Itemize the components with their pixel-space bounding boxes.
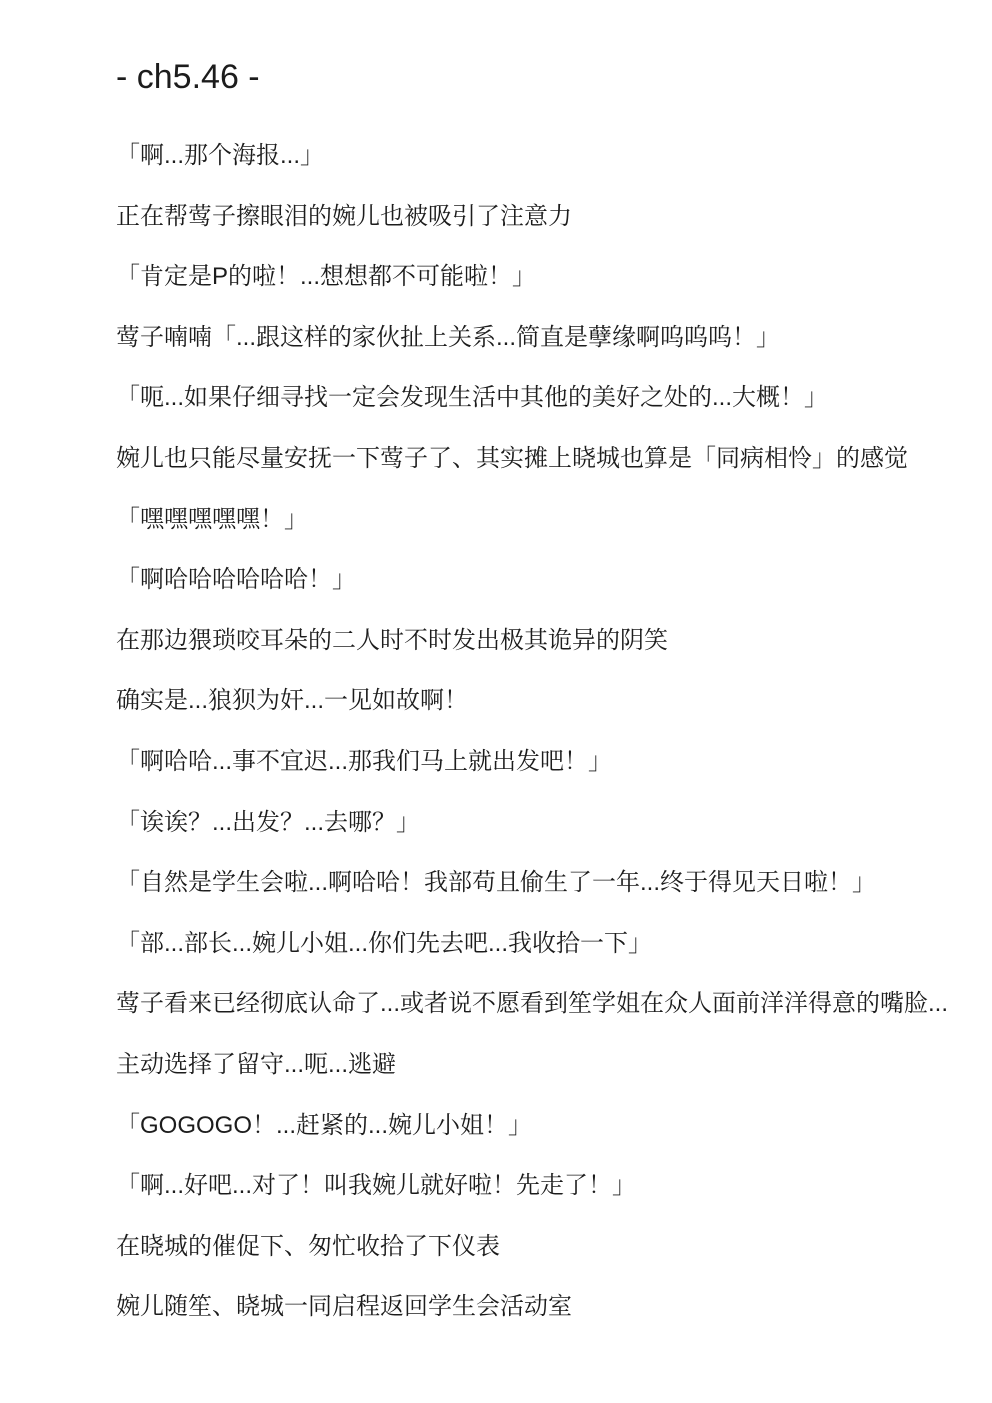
story-line: 「GOGOGO！...赶紧的...婉儿小姐！」: [116, 1113, 982, 1174]
story-line: 在晓城的催促下、匆忙收拾了下仪表: [116, 1234, 982, 1295]
story-line: 「诶诶？...出发？...去哪？」: [116, 810, 982, 871]
story-line: 婉儿随笙、晓城一同启程返回学生会活动室: [116, 1294, 982, 1355]
chapter-title: - ch5.46 -: [116, 57, 260, 97]
story-line: 「啊...那个海报...」: [116, 143, 982, 204]
story-line: 「啊哈哈...事不宜迟...那我们马上就出发吧！」: [116, 749, 982, 810]
story-line: 确实是...狼狈为奸...一见如故啊！: [116, 688, 982, 749]
story-line: 「呃...如果仔细寻找一定会发现生活中其他的美好之处的...大概！」: [116, 385, 982, 446]
story-line: 莺子喃喃「...跟这样的家伙扯上关系...简直是孽缘啊呜呜呜！」: [116, 325, 982, 386]
story-line: 「啊哈哈哈哈哈哈！」: [116, 567, 982, 628]
story-line: 「啊...好吧...对了！叫我婉儿就好啦！先走了！」: [116, 1173, 982, 1234]
story-text: 「啊...那个海报...」 正在帮莺子擦眼泪的婉儿也被吸引了注意力 「肯定是P的…: [116, 143, 982, 1355]
story-line: 莺子看来已经彻底认命了...或者说不愿看到笙学姐在众人面前洋洋得意的嘴脸...: [116, 991, 982, 1052]
story-line: 主动选择了留守...呃...逃避: [116, 1052, 982, 1113]
story-line: 正在帮莺子擦眼泪的婉儿也被吸引了注意力: [116, 204, 982, 265]
story-line: 「部...部长...婉儿小姐...你们先去吧...我收拾一下」: [116, 931, 982, 992]
story-line: 「嘿嘿嘿嘿嘿！」: [116, 507, 982, 568]
story-line: 「肯定是P的啦！...想想都不可能啦！」: [116, 264, 982, 325]
document-page: - ch5.46 - 「啊...那个海报...」 正在帮莺子擦眼泪的婉儿也被吸引…: [0, 0, 992, 1403]
story-line: 「自然是学生会啦...啊哈哈！我部苟且偷生了一年...终于得见天日啦！」: [116, 870, 982, 931]
story-line: 在那边猥琐咬耳朵的二人时不时发出极其诡异的阴笑: [116, 628, 982, 689]
story-line: 婉儿也只能尽量安抚一下莺子了、其实摊上晓城也算是「同病相怜」的感觉: [116, 446, 982, 507]
